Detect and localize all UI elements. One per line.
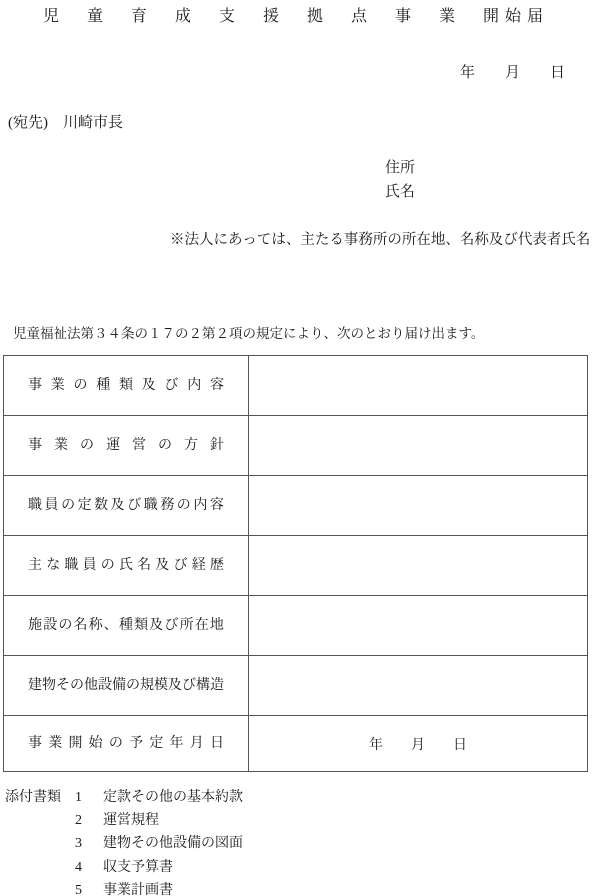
table-row-start-date: 事業開始の予定年月日 年 月 日 <box>4 716 587 771</box>
addressee-line: (宛先) 川崎市長 <box>8 111 123 132</box>
row-value-cell <box>249 596 587 655</box>
name-label: 氏名 <box>385 180 415 204</box>
attachment-number: 1 <box>75 786 103 809</box>
row-label: 主な職員の氏名及び経歴 <box>28 559 224 573</box>
row-label-cell: 主な職員の氏名及び経歴 <box>4 536 249 595</box>
row-label-cell: 事業開始の予定年月日 <box>4 716 249 771</box>
attachment-item: 2 運営規程 <box>5 809 243 832</box>
attachment-item: 3 建物その他設備の図面 <box>5 832 243 855</box>
attachment-number: 2 <box>75 809 103 832</box>
row-label: 事業開始の予定年月日 <box>28 737 224 751</box>
table-row-business-type: 事業の種類及び内容 <box>4 356 587 416</box>
row-label-cell: 事業の運営の方針 <box>4 416 249 475</box>
attachment-number: 5 <box>75 879 103 896</box>
attachment-number: 3 <box>75 832 103 855</box>
row-label: 建物その他設備の規模及び構造 <box>28 679 224 693</box>
row-value-cell <box>249 476 587 535</box>
attachment-item: 5 事業計画書 <box>5 879 243 896</box>
row-label-cell: 建物その他設備の規模及び構造 <box>4 656 249 715</box>
corporation-note: ※法人にあっては、主たる事務所の所在地、名称及び代表者氏名 <box>170 228 590 249</box>
attachment-item: 添付書類 1 定款その他の基本約款 <box>5 786 243 809</box>
row-label: 事業の種類及び内容 <box>28 379 224 393</box>
table-row-main-staff: 主な職員の氏名及び経歴 <box>4 536 587 596</box>
row-value-cell <box>249 416 587 475</box>
submitter-block: 住所 氏名 <box>385 156 415 204</box>
row-value-cell <box>249 536 587 595</box>
row-label: 事業の運営の方針 <box>28 439 224 453</box>
legal-statement: 児童福祉法第３４条の１７の２第２項の規定により、次のとおり届け出ます。 <box>13 322 484 342</box>
attachment-text: 建物その他設備の図面 <box>103 832 243 855</box>
table-row-operation-policy: 事業の運営の方針 <box>4 416 587 476</box>
document-page: 児 童 育 成 支 援 拠 点 事 業 開始届 年 月 日 (宛先) 川崎市長 … <box>0 0 592 896</box>
attachment-item: 4 収支予算書 <box>5 856 243 879</box>
row-value-cell <box>249 656 587 715</box>
row-label: 職員の定数及び職務の内容 <box>28 499 224 513</box>
attachment-number: 4 <box>75 856 103 879</box>
attachment-text: 運営規程 <box>103 809 159 832</box>
attachments-label: 添付書類 <box>5 786 75 809</box>
row-label: 施設の名称、種類及び所在地 <box>28 619 224 633</box>
row-label-cell: 施設の名称、種類及び所在地 <box>4 596 249 655</box>
attachment-text: 定款その他の基本約款 <box>103 786 243 809</box>
attachments-section: 添付書類 1 定款その他の基本約款 2 運営規程 3 建物その他設備の図面 4 … <box>5 786 243 896</box>
notification-table: 事業の種類及び内容 事業の運営の方針 職員の定数及び職務の内容 主な職員の氏名及… <box>3 355 588 772</box>
page-title: 児 童 育 成 支 援 拠 点 事 業 開始届 <box>0 3 592 26</box>
row-value-cell <box>249 356 587 415</box>
table-row-facility: 施設の名称、種類及び所在地 <box>4 596 587 656</box>
row-label-cell: 職員の定数及び職務の内容 <box>4 476 249 535</box>
attachment-text: 事業計画書 <box>103 879 173 896</box>
row-label-cell: 事業の種類及び内容 <box>4 356 249 415</box>
attachment-text: 収支予算書 <box>103 856 173 879</box>
table-row-building: 建物その他設備の規模及び構造 <box>4 656 587 716</box>
row-value-date: 年 月 日 <box>249 716 587 771</box>
table-row-staff-quota: 職員の定数及び職務の内容 <box>4 476 587 536</box>
date-line: 年 月 日 <box>460 61 565 82</box>
address-label: 住所 <box>385 156 415 180</box>
